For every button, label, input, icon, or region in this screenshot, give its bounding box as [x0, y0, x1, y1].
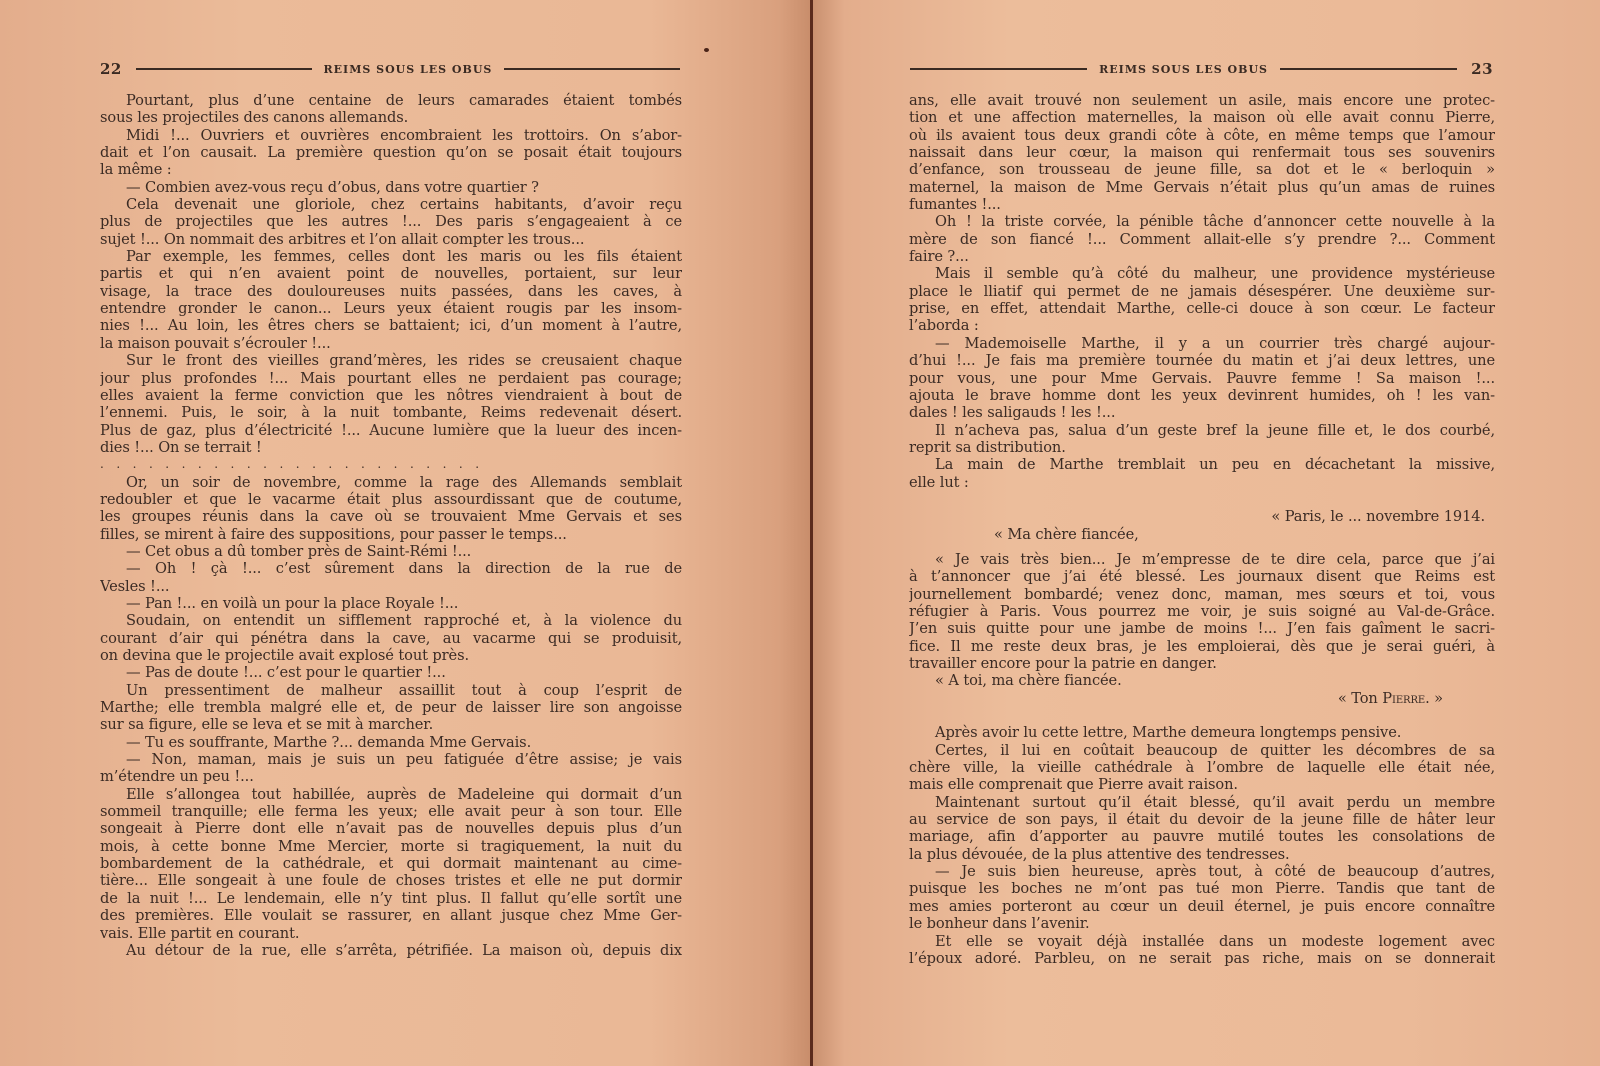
- text-line: — Non, maman, mais je suis un peu fatigu…: [100, 751, 682, 768]
- text-line: — Cet obus a dû tomber près de Saint-Rém…: [100, 543, 682, 560]
- text-line: partis et qui n’en avaient point de nouv…: [100, 265, 682, 282]
- text-line: chère ville, la vieille cathédrale à l’o…: [909, 759, 1495, 776]
- text-line: Plus de gaz, plus d’électricité !... Auc…: [100, 422, 682, 439]
- text-line: travailler encore pour la patrie en dang…: [909, 655, 1495, 672]
- text-line: l’aborda :: [909, 317, 1495, 334]
- text-line: maternel, la maison de Mme Gervais n’éta…: [909, 179, 1495, 196]
- text-line: elle lut :: [909, 474, 1495, 491]
- text-line: « A toi, ma chère fiancée.: [909, 672, 1495, 689]
- text-line: pour vous, une pour Mme Gervais. Pauvre …: [909, 370, 1495, 387]
- text-line: tière... Elle songeait à une foule de ch…: [100, 872, 682, 889]
- text-line: la maison pouvait s’écrouler !...: [100, 335, 682, 352]
- text-line: Il n’acheva pas, salua d’un geste bref l…: [909, 422, 1495, 439]
- text-line: au service de son pays, il était du devo…: [909, 811, 1495, 828]
- page-number: 22: [100, 60, 122, 78]
- running-title: REIMS SOUS LES OBUS: [324, 63, 493, 76]
- text-line: « Paris, le ... novembre 1914.: [909, 508, 1495, 525]
- text-line: Après avoir lu cette lettre, Marthe deme…: [909, 724, 1495, 741]
- text-line: — Pan !... en voilà un pour la place Roy…: [100, 595, 682, 612]
- text-line: sur sa figure, elle se leva et se mit à …: [100, 716, 682, 733]
- text-line: Pourtant, plus d’une centaine de leurs c…: [100, 92, 682, 109]
- text-line: ajouta le brave homme dont les yeux devi…: [909, 387, 1495, 404]
- header-rule: [1280, 68, 1457, 70]
- text-line: l’époux adoré. Parbleu, on ne serait pas…: [909, 950, 1495, 967]
- text-line: Or, un soir de novembre, comme la rage d…: [100, 474, 682, 491]
- text-line: Et elle se voyait déjà installée dans un…: [909, 933, 1495, 950]
- text-line: l’ennemi. Puis, le soir, à la nuit tomba…: [100, 404, 682, 421]
- text-line: mais elle comprenait que Pierre avait ra…: [909, 776, 1495, 793]
- header-rule: [504, 68, 680, 70]
- text-line: nies !... Au loin, les êtres chers se ba…: [100, 317, 682, 334]
- blank-line: [909, 491, 1495, 508]
- text-line: fumantes !...: [909, 196, 1495, 213]
- text-line: mois, à cette bonne Mme Mercier, morte s…: [100, 838, 682, 855]
- text-line: ........................: [100, 456, 682, 473]
- book-spread: 22 REIMS SOUS LES OBUS Pourtant, plus d’…: [0, 0, 1600, 1066]
- blank-line: [909, 543, 1495, 551]
- text-line: reprit sa distribution.: [909, 439, 1495, 456]
- text-line: filles, se mirent à faire des suppositio…: [100, 526, 682, 543]
- text-line: dales ! les saligauds ! les !...: [909, 404, 1495, 421]
- text-line: « Ma chère fiancée,: [909, 526, 1495, 543]
- text-line: Certes, il lui en coûtait beaucoup de qu…: [909, 742, 1495, 759]
- text-line: entendre gronder le canon... Leurs yeux …: [100, 300, 682, 317]
- text-line: Midi !... Ouvriers et ouvrières encombra…: [100, 127, 682, 144]
- text-line: d’enfance, son trousseau de jeune fille,…: [909, 161, 1495, 178]
- text-line: La main de Marthe tremblait un peu en dé…: [909, 456, 1495, 473]
- right-page: REIMS SOUS LES OBUS 23 ans, elle avait t…: [813, 0, 1600, 1066]
- text-line: où ils avaient tous deux grandi côte à c…: [909, 127, 1495, 144]
- text-line: Vesles !...: [100, 578, 682, 595]
- left-page: 22 REIMS SOUS LES OBUS Pourtant, plus d’…: [0, 0, 811, 1066]
- ink-speck: [704, 48, 709, 52]
- text-line: — Je suis bien heureuse, après tout, à c…: [909, 863, 1495, 880]
- running-title: REIMS SOUS LES OBUS: [1099, 63, 1268, 76]
- text-line: redoubler et que le vacarme était plus a…: [100, 491, 682, 508]
- text-line: — Combien avez-vous reçu d’obus, dans vo…: [100, 179, 682, 196]
- header-rule: [136, 68, 312, 70]
- text-line: la plus dévouée, de la plus attentive de…: [909, 846, 1495, 863]
- text-line: faire ?...: [909, 248, 1495, 265]
- text-line: des premières. Elle voulait se rassurer,…: [100, 907, 682, 924]
- blank-line: [909, 707, 1495, 724]
- header-rule: [910, 68, 1087, 70]
- text-line: — Oh ! çà !... c’est sûrement dans la di…: [100, 560, 682, 577]
- text-line: m’étendre un peu !...: [100, 768, 682, 785]
- text-line: dait et l’on causait. La première questi…: [100, 144, 682, 161]
- text-line: de la nuit !... Le lendemain, elle n’y t…: [100, 890, 682, 907]
- text-line: courant d’air qui pénétra dans la cave, …: [100, 630, 682, 647]
- text-line: Par exemple, les femmes, celles dont les…: [100, 248, 682, 265]
- text-line: place le lliatif qui permet de ne jamais…: [909, 283, 1495, 300]
- text-line: d’hui !... Je fais ma première tournée d…: [909, 352, 1495, 369]
- text-line: bombardement de la cathédrale, et qui do…: [100, 855, 682, 872]
- text-line: le bonheur dans l’avenir.: [909, 915, 1495, 932]
- text-line: mère de son fiancé !... Comment allait-e…: [909, 231, 1495, 248]
- text-line: Marthe; elle trembla malgré elle et, de …: [100, 699, 682, 716]
- text-line: Un pressentiment de malheur assaillit to…: [100, 682, 682, 699]
- right-page-body: ans, elle avait trouvé non seulement un …: [909, 92, 1495, 967]
- text-line: Sur le front des vieilles grand’mères, l…: [100, 352, 682, 369]
- page-number: 23: [1471, 60, 1493, 78]
- text-line: plus de projectiles que les autres !... …: [100, 213, 682, 230]
- text-line: visage, la trace des douloureuses nuits …: [100, 283, 682, 300]
- text-line: Oh ! la triste corvée, la pénible tâche …: [909, 213, 1495, 230]
- text-line: sommeil tranquille; elle ferma les yeux;…: [100, 803, 682, 820]
- text-line: Elle s’allongea tout habillée, auprès de…: [100, 786, 682, 803]
- text-line: la même :: [100, 161, 682, 178]
- text-line: jour plus profondes !... Mais pourtant e…: [100, 370, 682, 387]
- left-page-body: Pourtant, plus d’une centaine de leurs c…: [100, 92, 682, 959]
- text-line: Mais il semble qu’à côté du malheur, une…: [909, 265, 1495, 282]
- text-line: elles avaient la ferme conviction que le…: [100, 387, 682, 404]
- text-line: journellement bombardé; venez donc, mama…: [909, 586, 1495, 603]
- text-line: prise, en effet, attendait Marthe, celle…: [909, 300, 1495, 317]
- text-line: réfugier à Paris. Vous pourrez me voir, …: [909, 603, 1495, 620]
- text-line: dies !... On se terrait !: [100, 439, 682, 456]
- text-line: sujet !... On nommait des arbitres et l’…: [100, 231, 682, 248]
- text-line: — Mademoiselle Marthe, il y a un courrie…: [909, 335, 1495, 352]
- text-line: ans, elle avait trouvé non seulement un …: [909, 92, 1495, 109]
- text-line: — Tu es souffrante, Marthe ?... demanda …: [100, 734, 682, 751]
- text-line: mariage, afin d’apporter au pauvre mutil…: [909, 828, 1495, 845]
- text-line: vais. Elle partit en courant.: [100, 925, 682, 942]
- text-line: naissait dans leur cœur, la maison qui r…: [909, 144, 1495, 161]
- text-line: Au détour de la rue, elle s’arrêta, pétr…: [100, 942, 682, 959]
- text-line: mes amies porteront au cœur un deuil éte…: [909, 898, 1495, 915]
- text-line: « Ton Pierre. »: [909, 690, 1495, 707]
- text-line: sous les projectiles des canons allemand…: [100, 109, 682, 126]
- text-line: — Pas de doute !... c’est pour le quarti…: [100, 664, 682, 681]
- text-line: Soudain, on entendit un sifflement rappr…: [100, 612, 682, 629]
- text-line: songeait à Pierre dont elle n’avait pas …: [100, 820, 682, 837]
- signature-name: Pierre: [1382, 690, 1425, 707]
- left-page-header: 22 REIMS SOUS LES OBUS: [100, 58, 680, 80]
- text-line: puisque les boches ne m’ont pas tué mon …: [909, 880, 1495, 897]
- text-line: on devina que le projectile avait explos…: [100, 647, 682, 664]
- text-line: les groupes réunis dans la cave où se tr…: [100, 508, 682, 525]
- text-line: fice. Il me reste deux bras, je les empl…: [909, 638, 1495, 655]
- right-page-header: REIMS SOUS LES OBUS 23: [910, 58, 1493, 80]
- text-line: « Je vais très bien... Je m’empresse de …: [909, 551, 1495, 568]
- text-line: à t’annoncer que j’ai été blessé. Les jo…: [909, 568, 1495, 585]
- text-line: Cela devenait une gloriole, chez certain…: [100, 196, 682, 213]
- text-line: Maintenant surtout qu’il était blessé, q…: [909, 794, 1495, 811]
- text-line: tion et une affection maternelles, la ma…: [909, 109, 1495, 126]
- text-line: J’en suis quitte pour une jambe de moins…: [909, 620, 1495, 637]
